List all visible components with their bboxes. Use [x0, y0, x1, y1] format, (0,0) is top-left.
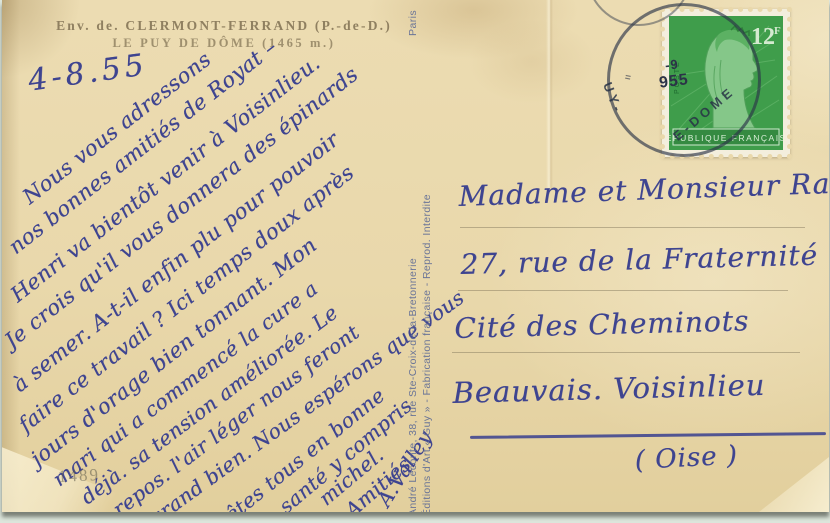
scan-background: Env. de. CLERMONT-FERRAND (P.-de-D.) LE … [0, 0, 830, 523]
card-serial-number: 1489 [58, 465, 101, 487]
stamp-value: 12 [751, 24, 775, 50]
address-guideline [452, 352, 800, 353]
address-line-city: Beauvais. Voisinlieu [452, 368, 766, 410]
publisher-line-2: Éditions d'Art « Guy » - Fabrication fra… [420, 10, 434, 512]
address-line-district: Cité des Cheminots [454, 304, 750, 345]
address-line-recipient: Madame et Monsieur Raffault [458, 164, 829, 213]
publisher-city: Paris [406, 10, 420, 36]
handwritten-date: 4-8.55 [26, 47, 150, 98]
publisher-line-1: André Leconte, 38, rue Ste-Croix-de-la-B… [406, 10, 420, 512]
postcard: Env. de. CLERMONT-FERRAND (P.-de-D.) LE … [2, 0, 829, 512]
address-guideline [460, 227, 805, 228]
address-line-street: 27, rue de la Fraternité [460, 239, 819, 281]
address-line-department: ( Oise ) [634, 441, 739, 476]
caption-line-2: LE PUY DE DÔME (1465 m.) [24, 36, 424, 51]
address-ink-underline [470, 432, 826, 439]
caption-line-1: Env. de. CLERMONT-FERRAND (P.-de-D.) [24, 18, 424, 34]
printed-caption: Env. de. CLERMONT-FERRAND (P.-de-D.) LE … [24, 18, 424, 51]
paper-crease [546, 0, 553, 190]
stamp-currency: F [774, 25, 781, 37]
publisher-imprint: André Leconte, 38, rue Ste-Croix-de-la-B… [406, 10, 434, 512]
corner-fold-bottom-right [759, 457, 829, 512]
address-guideline [458, 290, 788, 291]
publisher-name-address: André Leconte, 38, rue Ste-Croix-de-la-B… [406, 258, 420, 512]
